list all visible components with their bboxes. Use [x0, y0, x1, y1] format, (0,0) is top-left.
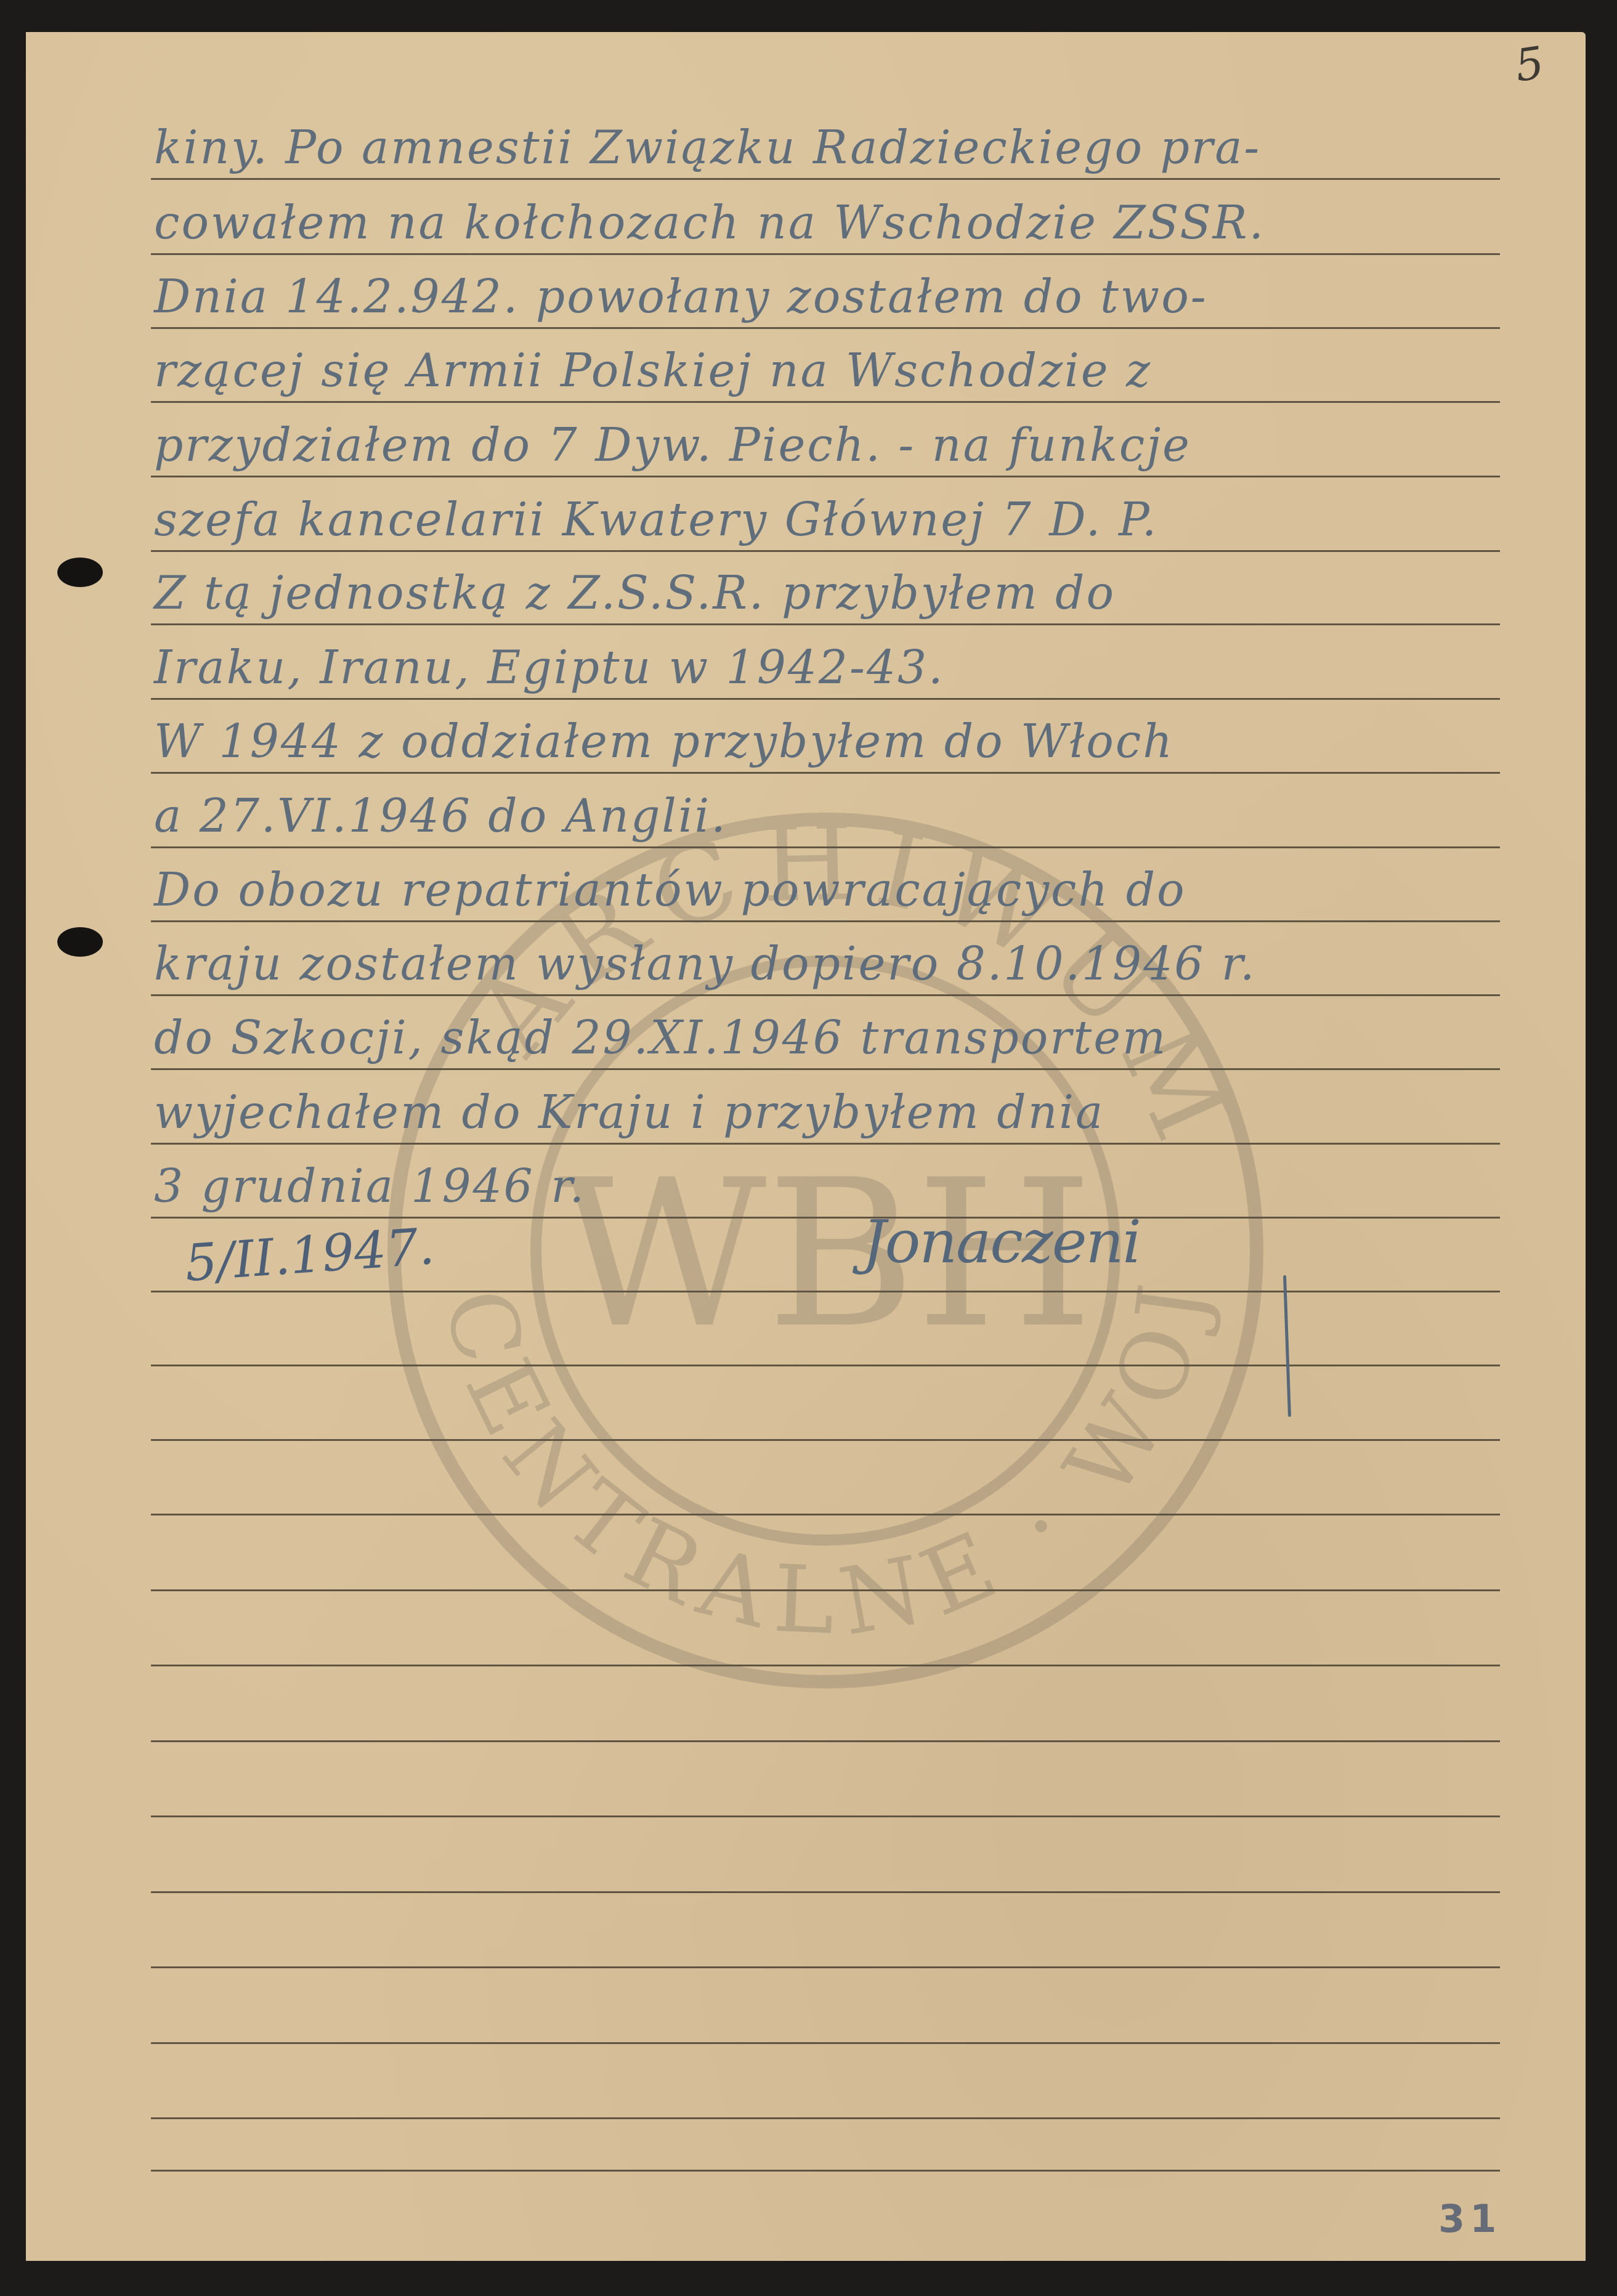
- page-number-bottom: 31: [1438, 2196, 1501, 2241]
- handwritten-line: do Szkocji, skąd 29.XI.1946 transportem: [154, 1001, 1509, 1075]
- handwritten-line: 3 grudnia 1946 r.: [154, 1150, 1509, 1223]
- handwritten-line: a 27.VI.1946 do Anglii.: [154, 779, 1509, 853]
- handwritten-line: Dnia 14.2.942. powołany zostałem do two-: [154, 260, 1509, 334]
- handwritten-line: kiny. Po amnestii Związku Radzieckiego p…: [154, 111, 1509, 185]
- handwritten-line: wyjechałem do Kraju i przybyłem dnia: [154, 1076, 1509, 1150]
- punch-hole-upper: [57, 558, 103, 587]
- punch-hole-lower: [57, 927, 103, 957]
- handwritten-line: W 1944 z oddziałem przybyłem do Włoch: [154, 705, 1509, 779]
- signature: Jonaczeni: [862, 1207, 1140, 1276]
- handwritten-line: kraju zostałem wysłany dopiero 8.10.1946…: [154, 927, 1509, 1001]
- handwritten-line: Iraku, Iranu, Egiptu w 1942-43.: [154, 631, 1509, 705]
- handwritten-line: Z tą jednostką z Z.S.S.R. przybyłem do: [154, 556, 1509, 630]
- handwritten-line: szefa kancelarii Kwatery Głównej 7 D. P.: [154, 483, 1509, 557]
- handwritten-line: rzącej się Armii Polskiej na Wschodzie z: [154, 334, 1509, 408]
- handwritten-line: przydziałem do 7 Dyw. Piech. - na funkcj…: [154, 408, 1509, 482]
- handwritten-line: cowałem na kołchozach na Wschodzie ZSSR.: [154, 186, 1509, 260]
- handwritten-line: Do obozu repatriantów powracających do: [154, 853, 1509, 927]
